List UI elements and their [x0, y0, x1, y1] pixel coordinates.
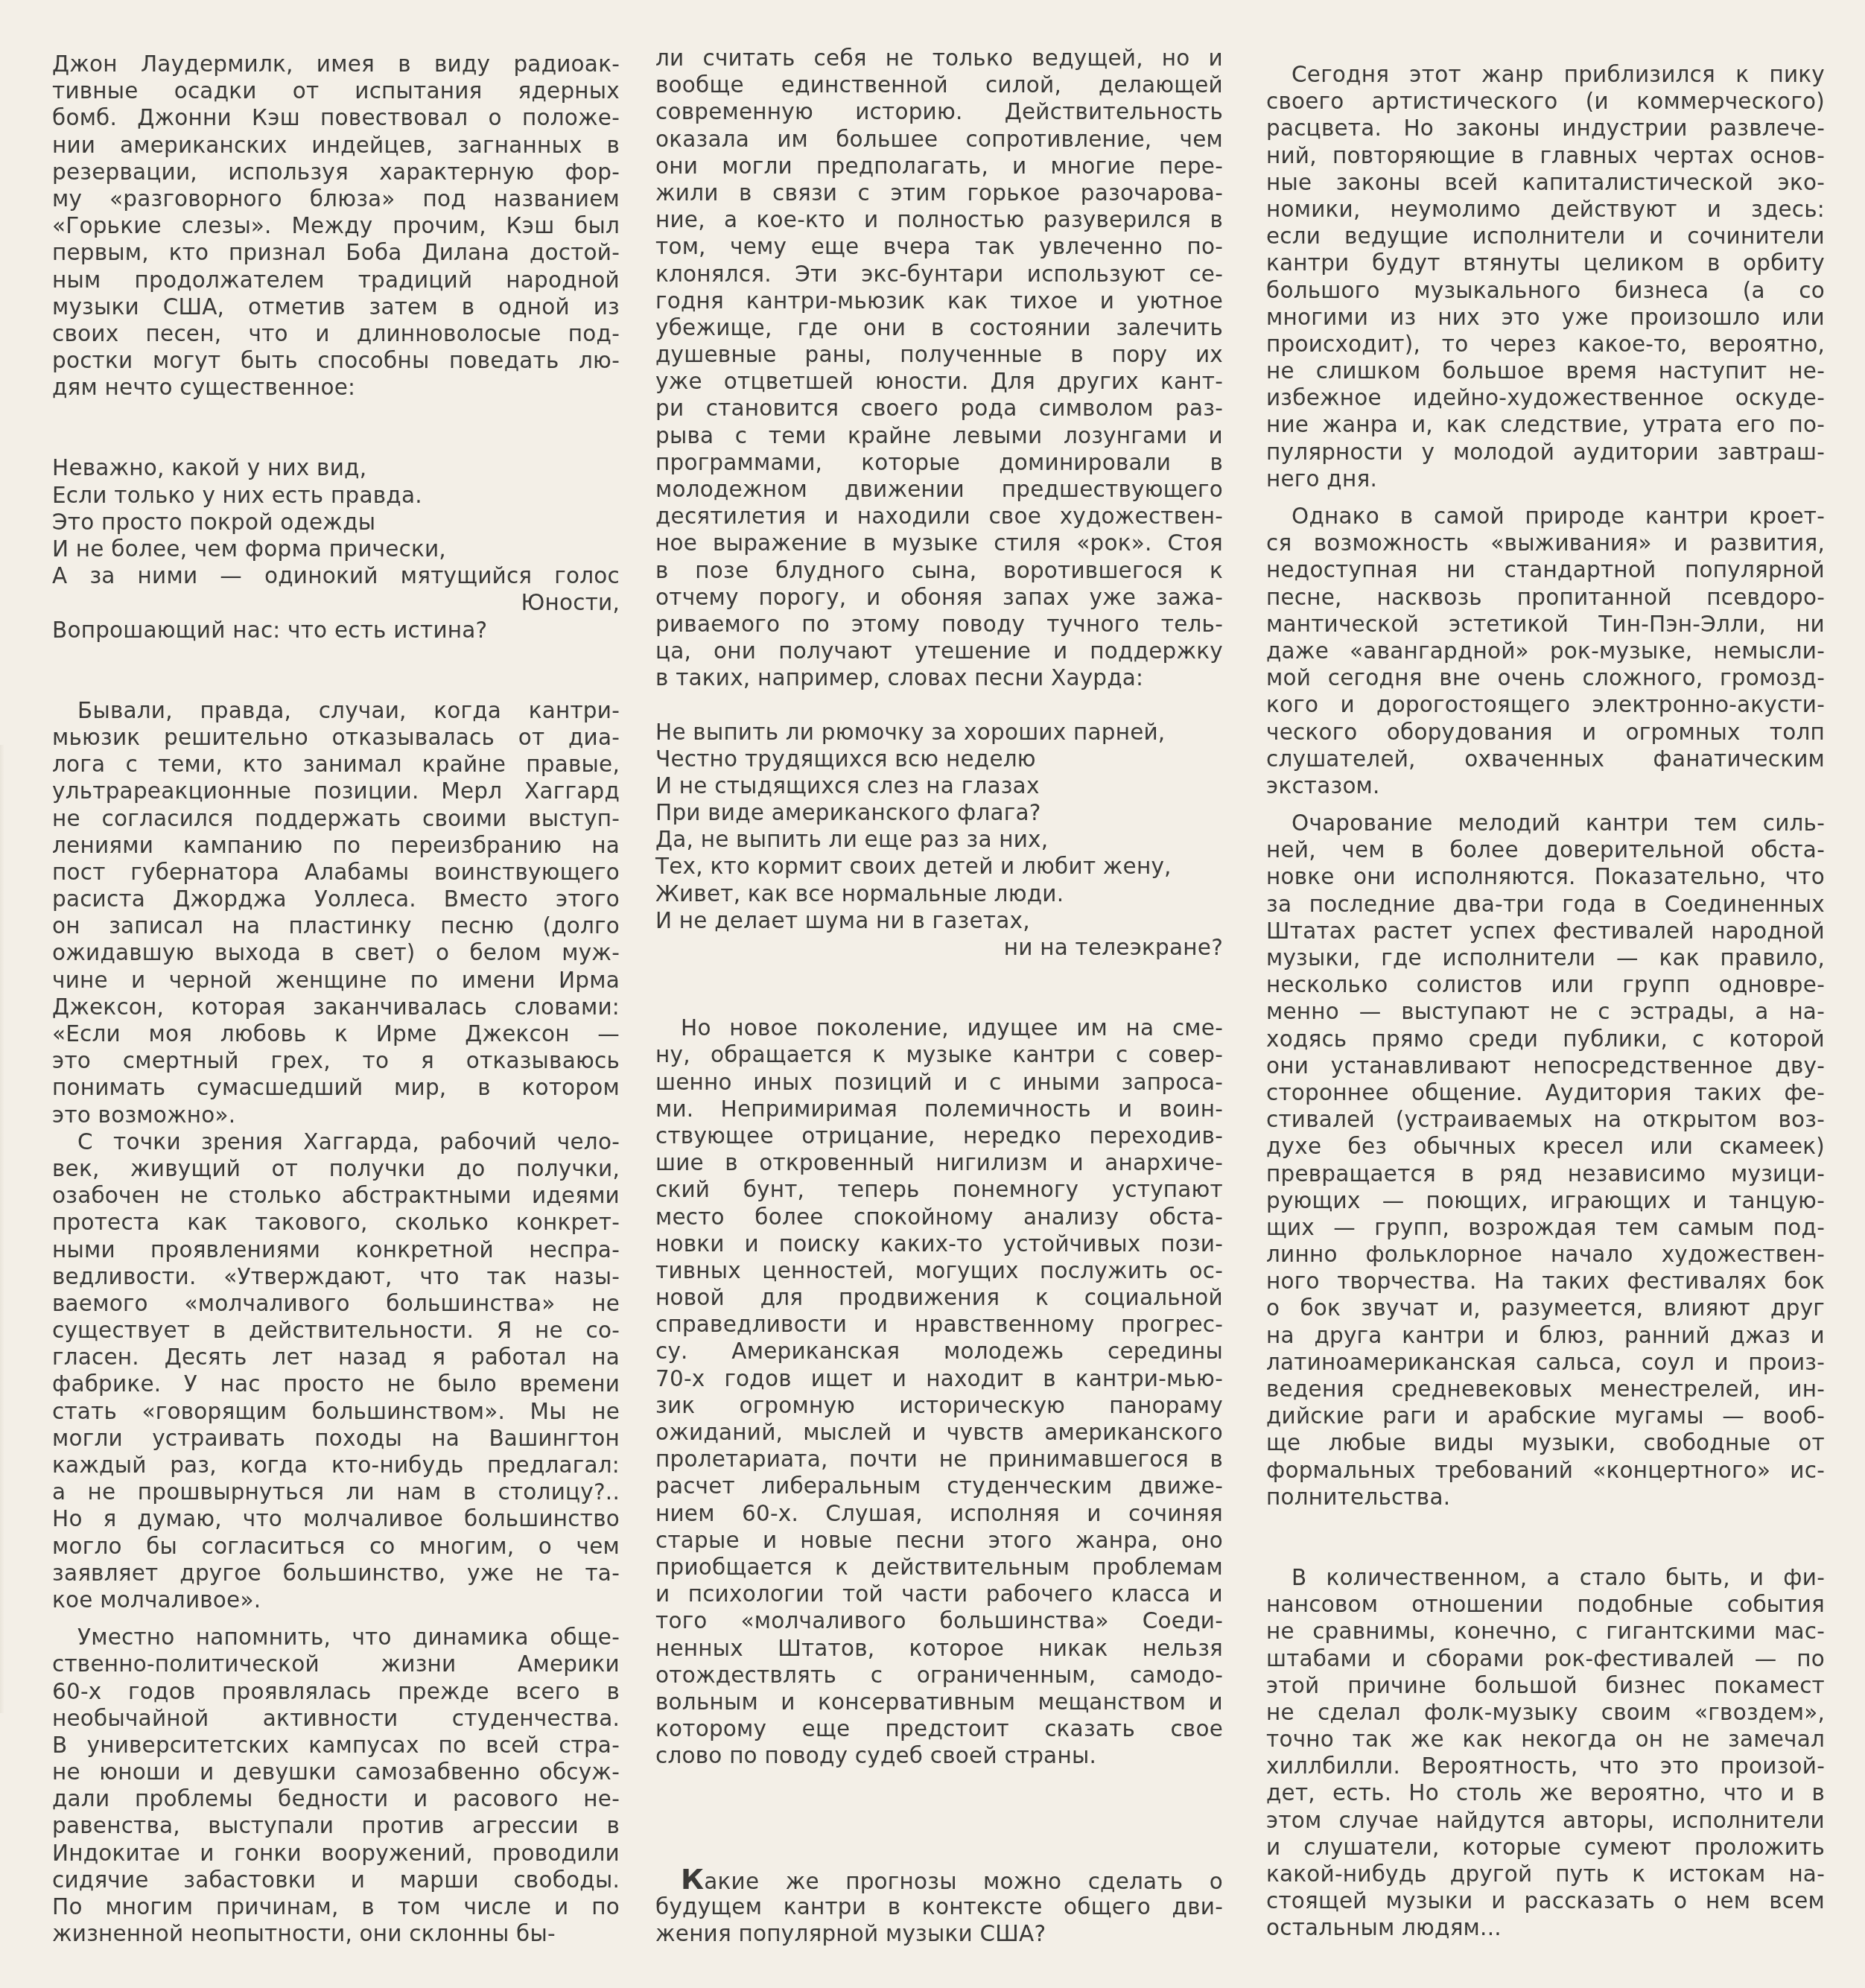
text-line: резервации, используя характерную фор-: [52, 159, 620, 185]
text-line: ного творчества. На таких фестивалях бок: [1266, 1268, 1825, 1295]
text-line: стать «говорящим большинством». Мы не: [52, 1398, 620, 1425]
text-line: ще любые виды музыки, свободные от: [1266, 1429, 1825, 1456]
paragraph: Но новое поколение, идущее им на сме-ну,…: [655, 1014, 1223, 1769]
text-line: штабами и сборами рок-фестивалей — по: [1266, 1645, 1825, 1672]
paragraph: Уместно напомнить, что динамика обще-ств…: [52, 1624, 620, 1947]
text-line: нансовом отношении подобные события: [1266, 1591, 1825, 1618]
text-line: могли устраивать походы на Вашингтон: [52, 1425, 620, 1452]
text-line: тивные осадки от испытания ядерных: [52, 77, 620, 104]
text-line: многими из них это уже произошло или: [1266, 304, 1825, 331]
text-line: риваемого по этому поводу тучного тель-: [655, 611, 1223, 638]
text-line: ли считать себя не только ведущей, но и: [655, 45, 1223, 72]
scan-edge-shadow: [0, 745, 4, 1713]
text-line: су. Американская молодежь середины: [655, 1338, 1223, 1365]
text-line: не сделал фолк-музыку своим «гвоздем»,: [1266, 1699, 1825, 1726]
text-line: они устанавливают непосредственное дву-: [1266, 1052, 1825, 1079]
text-line: новке они исполняются. Показательно, что: [1266, 863, 1825, 890]
poem-quote: Не выпить ли рюмочку за хороших парней,Ч…: [655, 719, 1223, 962]
question-paragraph: Какие же прогнозы можно сделать о будуще…: [655, 1866, 1223, 1947]
poem-line: Да, не выпить ли еще раз за них,: [655, 826, 1223, 853]
column-3: Сегодня этот жанр приблизился к пикусвое…: [1266, 34, 1825, 1942]
text-line: недоступная ни стандартной популярной: [1266, 556, 1825, 583]
text-line: вольным и консервативным мещанством и: [655, 1689, 1223, 1715]
poem-line: И не стыдящихся слез на глазах: [655, 772, 1223, 799]
text-line: Но я думаю, что молчаливое большинство: [52, 1505, 620, 1532]
text-line: бомб. Джонни Кэш повествовал о положе-: [52, 104, 620, 131]
text-line: он записал на пластинку песню (долго: [52, 912, 620, 939]
column-1: Джон Лаудермилк, имея в виду радиоак-тив…: [52, 51, 620, 1947]
text-line: жизненной неопытности, они склонны бы-: [52, 1920, 620, 1947]
text-line: му «разговорного блюза» под названием: [52, 185, 620, 212]
text-line: ходясь прямо среди публики, с которой: [1266, 1026, 1825, 1052]
poem-line: Вопрошающий нас: что есть истина?: [52, 617, 620, 644]
text-line: «Если моя любовь к Ирме Джексон —: [52, 1020, 620, 1047]
text-line: экстазом.: [1266, 772, 1825, 799]
text-line: десятилетия и находили свое художествен-: [655, 503, 1223, 530]
text-line: ультрареакционные позиции. Мерл Хаггард: [52, 778, 620, 804]
text-line: Однако в самой природе кантри кроет-: [1266, 503, 1825, 530]
text-line: это смертный грех, то я отказываюсь: [52, 1047, 620, 1074]
text-line: ский бунт, теперь понемногу уступают: [655, 1176, 1223, 1203]
text-line: Уместно напомнить, что динамика обще-: [52, 1624, 620, 1651]
text-line: и психологии той части рабочего класса и: [655, 1581, 1223, 1607]
text-line: даже «авангардной» рок-музыке, немысли-: [1266, 638, 1825, 664]
text-line: ведливости. «Утверждают, что так назы-: [52, 1263, 620, 1290]
text-line: ведения средневековых менестрелей, ин-: [1266, 1376, 1825, 1403]
text-line: кое молчаливое».: [52, 1587, 620, 1613]
text-line: на друга кантри и блюз, ранний джаз и: [1266, 1322, 1825, 1349]
text-line: ний, повторяющие в главных чертах основ-: [1266, 142, 1825, 169]
text-line: избежное идейно-художественное оскуде-: [1266, 384, 1825, 411]
text-line: шие в откровенный нигилизм и анархиче-: [655, 1149, 1223, 1176]
text-line: расиста Джорджа Уоллеса. Вместо этого: [52, 886, 620, 912]
text-line: клонялся. Эти экс-бунтари используют се-: [655, 261, 1223, 288]
text-line: формальных требований «концертного» ис-: [1266, 1457, 1825, 1484]
text-line: новой для продвижения к социальной: [655, 1284, 1223, 1311]
paragraph: В количественном, а стало быть, и фи-нан…: [1266, 1564, 1825, 1942]
text-line: лога с теми, кто занимал крайне правые,: [52, 751, 620, 778]
text-line: дям нечто существенное:: [52, 374, 620, 401]
text-line: В количественном, а стало быть, и фи-: [1266, 1564, 1825, 1591]
text-line: современную историю. Действительность: [655, 98, 1223, 125]
text-line: Джексон, которая заканчивалась словами:: [52, 994, 620, 1020]
poem-line: ни на телеэкране?: [655, 934, 1223, 961]
text-line: Индокитае и гонки вооружений, проводили: [52, 1840, 620, 1867]
text-line: ние, а кое-кто и полностью разуверился в: [655, 206, 1223, 233]
text-line: кантри будут втянуты целиком в орбиту: [1266, 250, 1825, 276]
text-line: за последние два-три года в Соединенных: [1266, 891, 1825, 918]
text-line: музыки, где исполнители — как правило,: [1266, 944, 1825, 971]
question-first-line: Какие же прогнозы можно сделать о: [655, 1866, 1223, 1893]
text-line: не юноши и девушки самозабвенно обсуж-: [52, 1759, 620, 1785]
poem-quote: Неважно, какой у них вид,Если только у н…: [52, 454, 620, 643]
text-line: которому еще предстоит сказать свое: [655, 1715, 1223, 1742]
text-line: равенства, выступали против агрессии в: [52, 1812, 620, 1839]
column-2: ли считать себя не только ведущей, но ив…: [655, 45, 1223, 1947]
text-line: фабрике. У нас просто не было времени: [52, 1371, 620, 1397]
text-line: оказала им большее сопротивление, чем: [655, 126, 1223, 153]
text-line: ожидавшую выхода в свет) о белом муж-: [52, 939, 620, 966]
poem-line: И не более, чем форма прически,: [52, 536, 620, 562]
text-line: шенно иных позиций и с иными запроса-: [655, 1069, 1223, 1096]
text-line: это возможно».: [52, 1102, 620, 1128]
text-line: отчему порогу, и обоняя запах уже зажа-: [655, 584, 1223, 611]
text-line: латиноамериканская сальса, соул и произ-: [1266, 1349, 1825, 1376]
poem-line: Юности,: [52, 589, 620, 616]
paragraph: Сегодня этот жанр приблизился к пикусвое…: [1266, 61, 1825, 492]
text-line: существует в действительности. Я не со-: [52, 1317, 620, 1344]
text-line: протеста как такового, сколько конкрет-: [52, 1209, 620, 1236]
text-line: расцвета. Но законы индустрии развлече-: [1266, 115, 1825, 142]
text-line: точно так же как некогда он не замечал: [1266, 1726, 1825, 1753]
text-line: отождествлять с ограниченным, самодо-: [655, 1662, 1223, 1689]
text-line: убежище, где они в состоянии залечить: [655, 314, 1223, 341]
text-line: озабочен не столько абстрактными идеями: [52, 1182, 620, 1209]
text-line: мой сегодня вне очень сложного, громозд-: [1266, 664, 1825, 691]
poem-line: Честно трудящихся всю неделю: [655, 746, 1223, 772]
text-line: стоящей музыки и рассказать о нем всем: [1266, 1887, 1825, 1914]
poem-line: Не выпить ли рюмочку за хороших парней,: [655, 719, 1223, 746]
text-line: этом случае найдутся авторы, исполнители: [1266, 1807, 1825, 1834]
text-line: в позе блудного сына, воротившегося к: [655, 557, 1223, 584]
text-line: стивалей (устраиваемых на открытом воз-: [1266, 1106, 1825, 1133]
text-line: Штатах растет успех фестивалей народной: [1266, 918, 1825, 944]
paragraph: Джон Лаудермилк, имея в виду радиоак-тив…: [52, 51, 620, 401]
text-line: большого музыкального бизнеса (а со: [1266, 277, 1825, 304]
text-line: ное выражение в музыке стиля «рок». Стоя: [655, 530, 1223, 556]
text-line: а не прошвырнуться ли нам в столицу?..: [52, 1479, 620, 1505]
text-line: ственно-политической жизни Америки: [52, 1651, 620, 1677]
text-line: пролетариата, почти не принимавшегося в: [655, 1446, 1223, 1473]
text-line: стороннее общение. Аудитория таких фе-: [1266, 1079, 1825, 1106]
text-line: щих — групп, возрождая тем самым под-: [1266, 1214, 1825, 1241]
text-line: могло бы согласиться со многим, о чем: [52, 1533, 620, 1560]
text-line: ней, чем в более доверительной обста-: [1266, 836, 1825, 863]
poem-line: При виде американского флага?: [655, 799, 1223, 826]
text-line: превращается в ряд независимо музици-: [1266, 1160, 1825, 1187]
text-line: Джон Лаудермилк, имея в виду радиоак-: [52, 51, 620, 77]
text-line: рующих — поющих, играющих и танцую-: [1266, 1187, 1825, 1214]
text-line: старые и новые песни этого жанра, оно: [655, 1527, 1223, 1554]
text-line: 70-х годов ищет и находит в кантри-мью-: [655, 1365, 1223, 1392]
text-line: ным продолжателем традиций народной: [52, 267, 620, 293]
text-line: Но новое поколение, идущее им на сме-: [655, 1014, 1223, 1041]
poem-line: А за ними — одинокий мятущийся голос: [52, 562, 620, 589]
text-line: нием 60-х. Слушая, исполняя и сочиняя: [655, 1500, 1223, 1527]
text-line: вообще единственной силой, делающей: [655, 72, 1223, 98]
paragraph: ли считать себя не только ведущей, но ив…: [655, 45, 1223, 692]
text-line: дийские раги и арабские мугамы — вооб-: [1266, 1403, 1825, 1429]
text-line: душевные раны, полученные в пору их: [655, 341, 1223, 368]
text-line: о бок звучат и, разумеется, влияют друг: [1266, 1295, 1825, 1321]
text-line: чине и черной женщине по имени Ирма: [52, 967, 620, 994]
text-line: своих песен, что и длинноволосые под-: [52, 320, 620, 347]
text-line: Сегодня этот жанр приблизился к пику: [1266, 61, 1825, 88]
text-line: каждый раз, когда кто-нибудь предлагал:: [52, 1452, 620, 1479]
text-line: ростки могут быть способны поведать лю-: [52, 347, 620, 374]
text-line: расчет либеральным студенческим движе-: [655, 1473, 1223, 1499]
paragraph: Бывали, правда, случаи, когда кантри-мью…: [52, 697, 620, 1128]
text-line: ся возможность «выживания» и развития,: [1266, 530, 1825, 556]
text-line: том, чему еще вчера так увлеченно по-: [655, 233, 1223, 260]
text-line: хиллбилли. Вероятность, что это произой-: [1266, 1753, 1825, 1779]
text-line: место более спокойному анализу обста-: [655, 1204, 1223, 1230]
text-line: ствующее отрицание, нередко переходив-: [655, 1122, 1223, 1149]
text-line: пост губернатора Алабамы воинствующего: [52, 859, 620, 886]
text-line: сидячие забастовки и марши свободы.: [52, 1867, 620, 1893]
question-line: будущем кантри в контексте общего дви-: [655, 1893, 1223, 1920]
text-line: остальным людям...: [1266, 1914, 1825, 1941]
text-line: номики, неумолимо действуют и здесь:: [1266, 196, 1825, 223]
text-line: уже отцветшей юности. Для других кант-: [655, 368, 1223, 395]
text-line: несколько солистов или групп одновре-: [1266, 971, 1825, 998]
text-line: ну, обращается к музыке кантри с совер-: [655, 1041, 1223, 1068]
text-line: полнительства.: [1266, 1484, 1825, 1511]
text-line: первым, кто признал Боба Дилана достой-: [52, 239, 620, 266]
text-line: если ведущие исполнители и сочинители: [1266, 223, 1825, 250]
text-line: зик огромную историческую панораму: [655, 1392, 1223, 1419]
text-line: рыва с теми крайне левыми лозунгами и: [655, 422, 1223, 449]
text-line: в таких, например, словах песни Хаурда:: [655, 664, 1223, 691]
poem-line: Живет, как все нормальные люди.: [655, 880, 1223, 907]
text-line: музыки США, отметив затем в одной из: [52, 293, 620, 320]
poem-line: Неважно, какой у них вид,: [52, 454, 620, 481]
text-line: мьюзик решительно отказывалась от диа-: [52, 724, 620, 751]
text-line: необычайной активности студенчества.: [52, 1705, 620, 1732]
text-line: какой-нибудь другой путь к истокам на-: [1266, 1861, 1825, 1887]
text-line: ные законы всей капиталистической эко-: [1266, 169, 1825, 196]
text-line: программами, которые доминировали в: [655, 449, 1223, 476]
text-line: ца, они получают утешение и поддержку: [655, 638, 1223, 664]
text-line: пулярности у молодой аудитории завтраш-: [1266, 439, 1825, 466]
text-line: ожиданий, мыслей и чувств американского: [655, 1419, 1223, 1446]
text-line: ными проявлениями конкретной неспра-: [52, 1236, 620, 1263]
text-line: дали проблемы бедности и расового не-: [52, 1785, 620, 1812]
poem-line: Тех, кто кормит своих детей и любит жену…: [655, 853, 1223, 880]
text-line: гласен. Десять лет назад я работал на: [52, 1344, 620, 1371]
paragraph: С точки зрения Хаггарда, рабочий чело-ве…: [52, 1128, 620, 1613]
text-line: ваемого «молчаливого большинства» не: [52, 1290, 620, 1317]
text-line: дет, есть. Но столь же вероятно, что и в: [1266, 1779, 1825, 1806]
text-line: Очарование мелодий кантри тем силь-: [1266, 810, 1825, 836]
text-line: ческого оборудования и огромных толп: [1266, 719, 1825, 746]
text-line: они могли предполагать, и многие пере-: [655, 153, 1223, 180]
text-line: происходит), то через какое-то, вероятно…: [1266, 331, 1825, 358]
text-line: нии американских индейцев, загнанных в: [52, 132, 620, 159]
text-line: менно — выступают не с эстрады, а на-: [1266, 998, 1825, 1025]
text-line: молодежном движении предшествующего: [655, 476, 1223, 503]
text-line: По многим причинам, в том числе и по: [52, 1893, 620, 1920]
text-line: жили в связи с этим горькое разочарова-: [655, 180, 1223, 206]
text-line: В университетских кампусах по всей стра-: [52, 1732, 620, 1759]
text-line: него дня.: [1266, 466, 1825, 492]
poem-line: Если только у них есть правда.: [52, 482, 620, 509]
paragraph: Однако в самой природе кантри кроет-ся в…: [1266, 503, 1825, 799]
text-line: приобщается к действительным проблемам: [655, 1554, 1223, 1581]
text-line: не слишком большое время наступит не-: [1266, 358, 1825, 384]
text-line: тивных ценностей, могущих послужить ос-: [655, 1257, 1223, 1284]
question-line: жения популярной музыки США?: [655, 1920, 1223, 1947]
text-line: ненных Штатов, которое никак нельзя: [655, 1635, 1223, 1662]
text-line: ри становится своего рода символом раз-: [655, 395, 1223, 422]
text-line: песне, насквозь пропитанной псевдоро-: [1266, 584, 1825, 611]
text-line: не сравнимы, конечно, с гигантскими мас-: [1266, 1618, 1825, 1645]
text-line: справедливости и нравственному прогрес-: [655, 1311, 1223, 1338]
text-line: С точки зрения Хаггарда, рабочий чело-: [52, 1128, 620, 1155]
text-line: мантической эстетикой Тин-Пэн-Элли, ни: [1266, 611, 1825, 638]
text-line: заявляет другое большинство, уже не та-: [52, 1560, 620, 1587]
drop-cap: К: [681, 1863, 704, 1896]
text-line: ние жанра и, как следствие, утрата его п…: [1266, 411, 1825, 438]
text-line: того «молчаливого большинства» Соеди-: [655, 1607, 1223, 1634]
text-line: слово по поводу судеб своей страны.: [655, 1742, 1223, 1769]
paragraph: Очарование мелодий кантри тем силь-ней, …: [1266, 810, 1825, 1511]
text-line: понимать сумасшедший мир, в котором: [52, 1074, 620, 1101]
text-line: Бывали, правда, случаи, когда кантри-: [52, 697, 620, 724]
text-line: не согласился поддержать своими выступ-: [52, 805, 620, 832]
text-line: слушателей, охваченных фанатическим: [1266, 746, 1825, 772]
text-line: линно фольклорное начало художествен-: [1266, 1241, 1825, 1268]
text-line: лениями кампанию по переизбранию на: [52, 832, 620, 859]
text-line: «Горькие слезы». Между прочим, Кэш был: [52, 212, 620, 239]
text-line: годня кантри-мьюзик как тихое и уютное: [655, 288, 1223, 314]
text-line: ми. Непримиримая полемичность и воин-: [655, 1096, 1223, 1122]
text-line: этой причине большой бизнес покамест: [1266, 1672, 1825, 1699]
text-line: 60-х годов проявлялась прежде всего в: [52, 1678, 620, 1705]
text-line: кого и дорогостоящего электронно-акусти-: [1266, 691, 1825, 718]
poem-line: И не делает шума ни в газетах,: [655, 907, 1223, 934]
text-line: и слушатели, которые сумеют проложить: [1266, 1834, 1825, 1861]
text-line: своего артистического (и коммерческого): [1266, 88, 1825, 115]
text-line: духе без обычных кресел или скамеек): [1266, 1133, 1825, 1160]
text-line: век, живущий от получки до получки,: [52, 1155, 620, 1182]
text-line: новки и поиску каких-то устойчивых пози-: [655, 1230, 1223, 1257]
poem-line: Это просто покрой одежды: [52, 509, 620, 536]
